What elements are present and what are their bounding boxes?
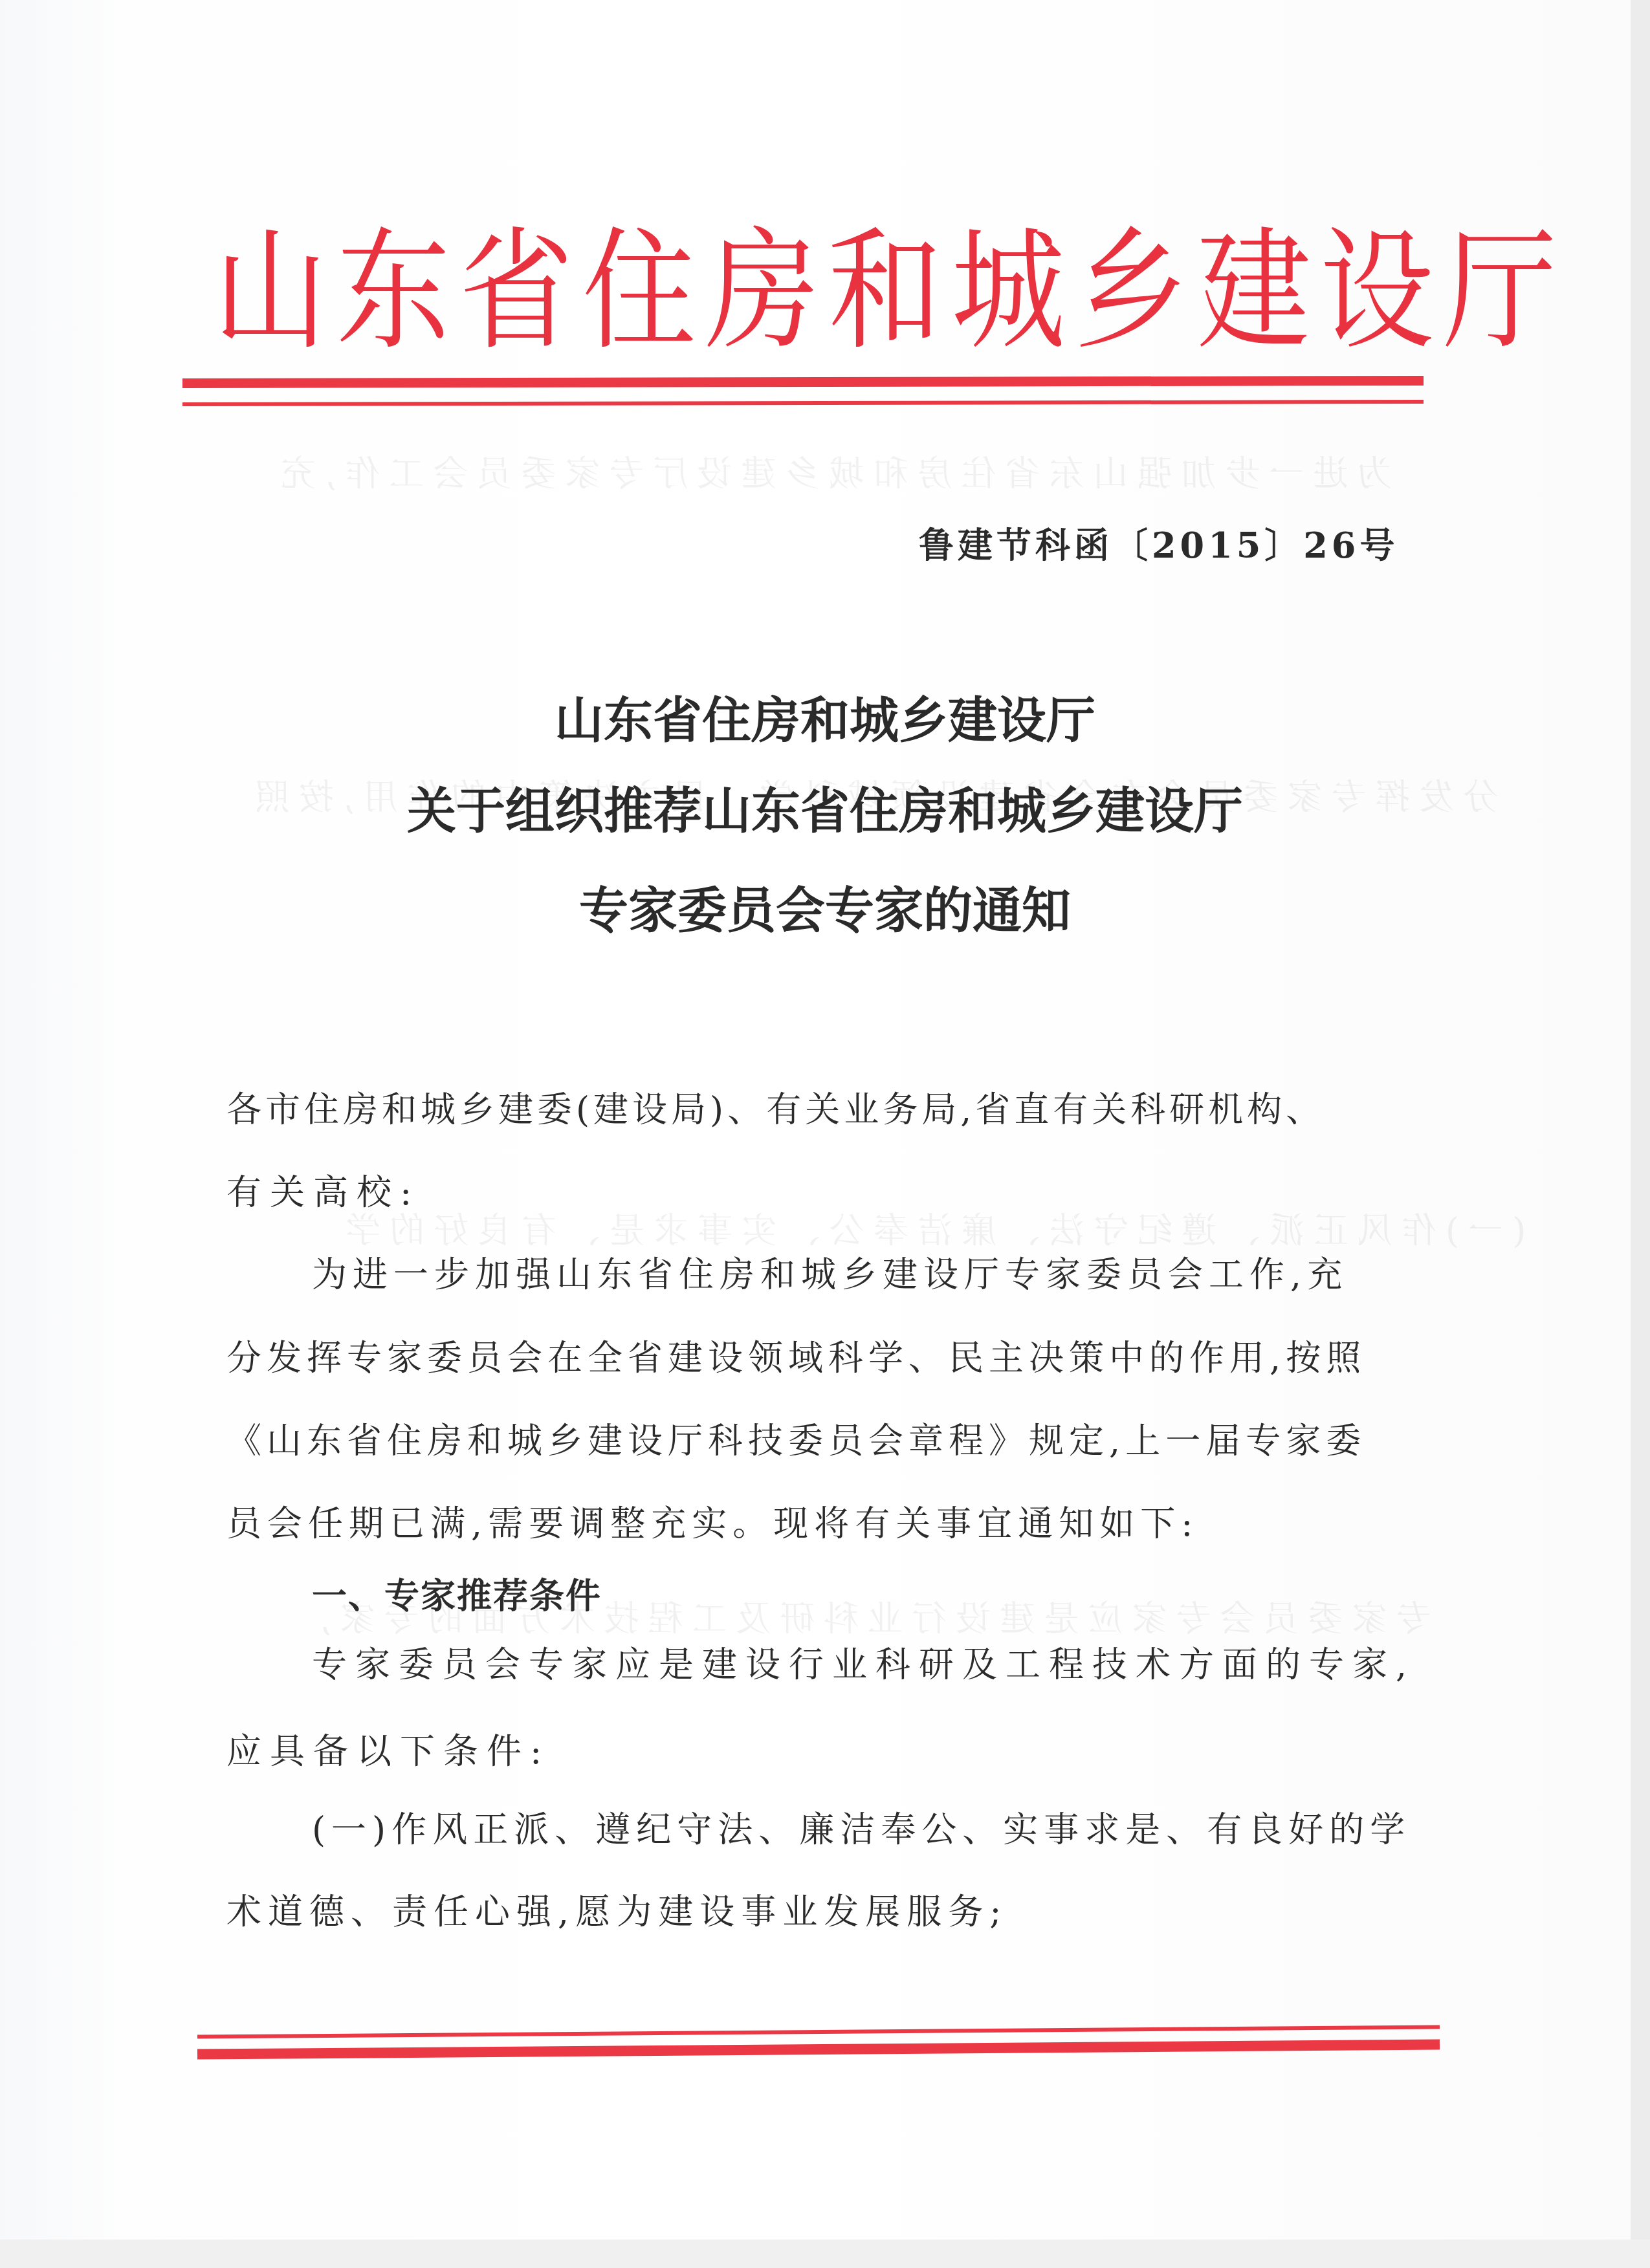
paragraph-line: 为进一步加强山东省住房和城乡建设厅专家委员会工作,充: [312, 1252, 1509, 1298]
masthead-title: 山东省住房和城乡建设厅: [214, 213, 1417, 370]
notice-title-line-2: 关于组织推荐山东省住房和城乡建设厅: [0, 780, 1650, 842]
paragraph-line: 应具备以下条件:: [226, 1728, 1424, 1775]
list-item-line: (一)作风正派、遵纪守法、廉洁奉公、实事求是、有良好的学: [312, 1807, 1509, 1853]
section-heading: 一、专家推荐条件: [312, 1573, 1509, 1620]
scan-edge-right: [1631, 0, 1650, 2268]
notice-title-line-1: 山东省住房和城乡建设厅: [0, 690, 1650, 752]
show-through-text: 为进一步加强山东省住房和城乡建设厅专家委员会工作,充: [272, 446, 1392, 496]
notice-title-line-3: 专家委员会专家的通知: [0, 880, 1650, 942]
document-number: 鲁建节科函〔2015〕26号: [919, 523, 1372, 568]
paragraph-line: 员会任期已满,需要调整充实。现将有关事宜通知如下:: [226, 1501, 1424, 1547]
scan-edge-bottom: [0, 2240, 1650, 2268]
paragraph-line: 专家委员会专家应是建设行业科研及工程技术方面的专家,: [312, 1642, 1509, 1688]
addressee-line: 有关高校:: [226, 1170, 1424, 1216]
list-item-line: 术道德、责任心强,愿为建设事业发展服务;: [226, 1889, 1424, 1935]
paragraph-line: 分发挥专家委员会在全省建设领域科学、民主决策中的作用,按照: [226, 1335, 1424, 1382]
addressee-line: 各市住房和城乡建委(建设局)、有关业务局,省直有关科研机构、: [226, 1087, 1424, 1133]
paragraph-line: 《山东省住房和城乡建设厅科技委员会章程》规定,上一届专家委: [226, 1418, 1424, 1465]
